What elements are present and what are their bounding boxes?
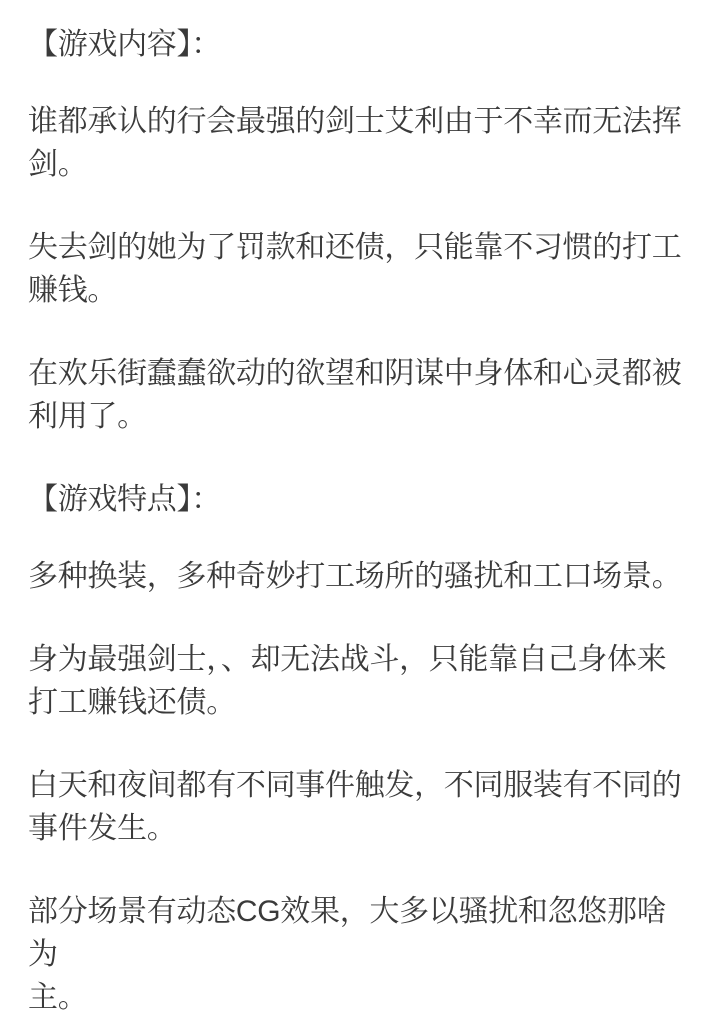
paragraph-day-night-events: 白天和夜间都有不同事件触发，不同服装有不同的 事件发生。 — [28, 764, 685, 850]
game-features-heading: 【游戏特点】： — [28, 478, 685, 521]
section-game-content: 【游戏内容】： 谁都承认的行会最强的剑士艾利由于不幸而无法挥 剑。 失去剑的她为… — [28, 23, 685, 438]
section-game-features: 【游戏特点】： 多种换装，多种奇妙打工场所的骚扰和工口场景。 身为最强剑士，、却… — [28, 478, 685, 1019]
paragraph-cannot-fight: 身为最强剑士，、却无法战斗，只能靠自己身体来 打工赚钱还债。 — [28, 638, 685, 724]
paragraph-costumes-scenes: 多种换装，多种奇妙打工场所的骚扰和工口场景。 — [28, 555, 685, 598]
paragraph-dynamic-cg: 部分场景有动态CG效果，大多以骚扰和忽悠那啥为 主。 — [28, 890, 685, 1019]
paragraph-pleasure-street: 在欢乐街蠢蠢欲动的欲望和阴谋中身体和心灵都被 利用了。 — [28, 352, 685, 438]
game-description-document: 【游戏内容】： 谁都承认的行会最强的剑士艾利由于不幸而无法挥 剑。 失去剑的她为… — [0, 0, 701, 1019]
paragraph-swordswoman-intro: 谁都承认的行会最强的剑士艾利由于不幸而无法挥 剑。 — [28, 100, 685, 186]
game-content-heading: 【游戏内容】： — [28, 23, 685, 66]
paragraph-debt-work: 失去剑的她为了罚款和还债，只能靠不习惯的打工 赚钱。 — [28, 226, 685, 312]
